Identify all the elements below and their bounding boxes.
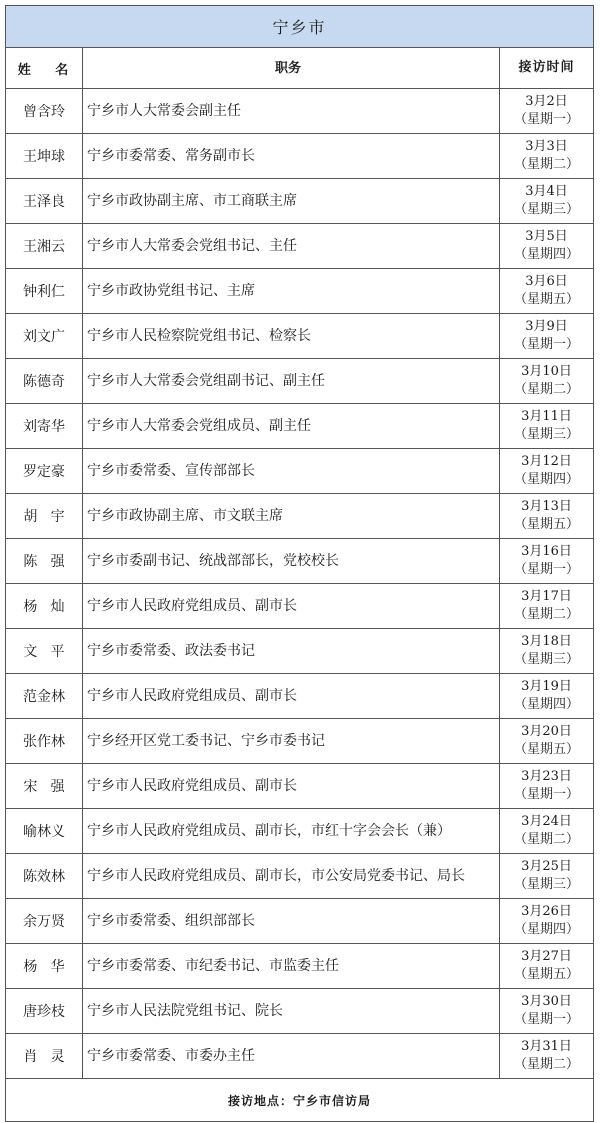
official-position: 宁乡经开区党工委书记、宁乡市委书记 — [83, 719, 500, 763]
official-position: 宁乡市人大常委会党组副书记、副主任 — [83, 359, 500, 403]
official-name: 王湘云 — [6, 224, 83, 268]
table-row: 罗定豪宁乡市委常委、宣传部部长3月12日（星期四） — [6, 449, 593, 494]
reception-date: 3月9日 — [525, 318, 568, 336]
official-name: 张作林 — [6, 719, 83, 763]
reception-time: 3月6日（星期五） — [500, 269, 593, 313]
reception-weekday: （星期一） — [514, 1011, 579, 1029]
reception-time: 3月5日（星期四） — [500, 224, 593, 268]
reception-weekday: （星期一） — [514, 336, 579, 354]
reception-time: 3月17日（星期二） — [500, 584, 593, 628]
table-row: 肖 灵宁乡市委常委、市委办主任3月31日（星期二） — [6, 1034, 593, 1079]
schedule-table: 宁乡市 姓 名 职务 接访时间 曾含玲宁乡市人大常委会副主任3月2日（星期一）王… — [5, 5, 594, 1122]
reception-weekday: （星期一） — [514, 561, 579, 579]
reception-time: 3月26日（星期四） — [500, 899, 593, 943]
column-header-time: 接访时间 — [500, 48, 593, 88]
table-row: 唐珍枝宁乡市人民法院党组书记、院长3月30日（星期一） — [6, 989, 593, 1034]
reception-date: 3月25日 — [521, 858, 572, 876]
official-name: 范金林 — [6, 674, 83, 718]
table-row: 陈效林宁乡市人民政府党组成员、副市长，市公安局党委书记、局长3月25日（星期三） — [6, 854, 593, 899]
official-position: 宁乡市政协副主席、市工商联主席 — [83, 179, 500, 223]
official-position: 宁乡市政协党组书记、主席 — [83, 269, 500, 313]
reception-time: 3月11日（星期三） — [500, 404, 593, 448]
table-row: 王湘云宁乡市人大常委会党组书记、主任3月5日（星期四） — [6, 224, 593, 269]
official-name: 文 平 — [6, 629, 83, 673]
reception-weekday: （星期二） — [514, 1056, 579, 1074]
reception-weekday: （星期三） — [514, 651, 579, 669]
reception-time: 3月19日（星期四） — [500, 674, 593, 718]
official-name: 唐珍枝 — [6, 989, 83, 1033]
official-name: 钟利仁 — [6, 269, 83, 313]
reception-time: 3月2日（星期一） — [500, 89, 593, 133]
reception-date: 3月6日 — [525, 273, 568, 291]
reception-weekday: （星期四） — [514, 921, 579, 939]
reception-weekday: （星期五） — [514, 966, 579, 984]
reception-time: 3月9日（星期一） — [500, 314, 593, 358]
official-name: 陈效林 — [6, 854, 83, 898]
reception-date: 3月17日 — [521, 588, 572, 606]
reception-weekday: （星期四） — [514, 471, 579, 489]
reception-time: 3月23日（星期一） — [500, 764, 593, 808]
reception-date: 3月5日 — [525, 228, 568, 246]
official-position: 宁乡市政协副主席、市文联主席 — [83, 494, 500, 538]
reception-time: 3月10日（星期二） — [500, 359, 593, 403]
official-name: 罗定豪 — [6, 449, 83, 493]
reception-weekday: （星期三） — [514, 876, 579, 894]
reception-time: 3月4日（星期三） — [500, 179, 593, 223]
reception-time: 3月16日（星期一） — [500, 539, 593, 583]
table-row: 范金林宁乡市人民政府党组成员、副市长3月19日（星期四） — [6, 674, 593, 719]
official-position: 宁乡市委常委、政法委书记 — [83, 629, 500, 673]
table-row: 宋 强宁乡市人民政府党组成员、副市长3月23日（星期一） — [6, 764, 593, 809]
reception-weekday: （星期二） — [514, 606, 579, 624]
official-name: 王坤球 — [6, 134, 83, 178]
reception-time: 3月25日（星期三） — [500, 854, 593, 898]
reception-date: 3月26日 — [521, 903, 572, 921]
reception-date: 3月10日 — [521, 363, 572, 381]
official-name: 陈德奇 — [6, 359, 83, 403]
reception-date: 3月31日 — [521, 1038, 572, 1056]
table-row: 杨 灿宁乡市人民政府党组成员、副市长3月17日（星期二） — [6, 584, 593, 629]
reception-weekday: （星期二） — [514, 831, 579, 849]
official-name: 宋 强 — [6, 764, 83, 808]
reception-weekday: （星期四） — [514, 246, 579, 264]
official-position: 宁乡市人民政府党组成员、副市长 — [83, 764, 500, 808]
reception-date: 3月13日 — [521, 498, 572, 516]
official-name: 肖 灵 — [6, 1034, 83, 1078]
official-name: 陈 强 — [6, 539, 83, 583]
table-title: 宁乡市 — [6, 6, 593, 48]
table-row: 刘寄华宁乡市人大常委会党组成员、副主任3月11日（星期三） — [6, 404, 593, 449]
reception-date: 3月30日 — [521, 993, 572, 1011]
reception-time: 3月12日（星期四） — [500, 449, 593, 493]
official-position: 宁乡市委副书记、统战部部长，党校校长 — [83, 539, 500, 583]
reception-date: 3月19日 — [521, 678, 572, 696]
reception-time: 3月3日（星期二） — [500, 134, 593, 178]
reception-date: 3月24日 — [521, 813, 572, 831]
table-row: 张作林宁乡经开区党工委书记、宁乡市委书记3月20日（星期五） — [6, 719, 593, 764]
reception-weekday: （星期一） — [514, 786, 579, 804]
reception-date: 3月2日 — [525, 93, 568, 111]
official-name: 刘寄华 — [6, 404, 83, 448]
official-position: 宁乡市人大常委会副主任 — [83, 89, 500, 133]
reception-time: 3月27日（星期五） — [500, 944, 593, 988]
table-row: 余万贤宁乡市委常委、组织部部长3月26日（星期四） — [6, 899, 593, 944]
official-position: 宁乡市人民法院党组书记、院长 — [83, 989, 500, 1033]
official-position: 宁乡市人大常委会党组成员、副主任 — [83, 404, 500, 448]
reception-date: 3月3日 — [525, 138, 568, 156]
official-position: 宁乡市人民政府党组成员、副市长，市公安局党委书记、局长 — [83, 854, 500, 898]
column-header-row: 姓 名 职务 接访时间 — [6, 48, 593, 89]
reception-date: 3月23日 — [521, 768, 572, 786]
official-position: 宁乡市人民政府党组成员、副市长 — [83, 584, 500, 628]
reception-date: 3月11日 — [521, 408, 572, 426]
column-header-position: 职务 — [83, 48, 500, 88]
official-position: 宁乡市人民政府党组成员、副市长 — [83, 674, 500, 718]
official-name: 刘文广 — [6, 314, 83, 358]
reception-date: 3月27日 — [521, 948, 572, 966]
reception-date: 3月4日 — [525, 183, 568, 201]
table-row: 刘文广宁乡市人民检察院党组书记、检察长3月9日（星期一） — [6, 314, 593, 359]
reception-weekday: （星期五） — [514, 741, 579, 759]
table-row: 王坤球宁乡市委常委、常务副市长3月3日（星期二） — [6, 134, 593, 179]
table-row: 王泽良宁乡市政协副主席、市工商联主席3月4日（星期三） — [6, 179, 593, 224]
reception-weekday: （星期二） — [514, 156, 579, 174]
reception-time: 3月13日（星期五） — [500, 494, 593, 538]
reception-time: 3月30日（星期一） — [500, 989, 593, 1033]
official-name: 喻林义 — [6, 809, 83, 853]
official-position: 宁乡市人民检察院党组书记、检察长 — [83, 314, 500, 358]
official-position: 宁乡市委常委、宣传部部长 — [83, 449, 500, 493]
reception-time: 3月20日（星期五） — [500, 719, 593, 763]
official-name: 杨 华 — [6, 944, 83, 988]
table-row: 文 平宁乡市委常委、政法委书记3月18日（星期三） — [6, 629, 593, 674]
table-row: 陈 强宁乡市委副书记、统战部部长，党校校长3月16日（星期一） — [6, 539, 593, 584]
reception-time: 3月31日（星期二） — [500, 1034, 593, 1078]
reception-weekday: （星期五） — [514, 291, 579, 309]
table-row: 陈德奇宁乡市人大常委会党组副书记、副主任3月10日（星期二） — [6, 359, 593, 404]
official-position: 宁乡市委常委、市委办主任 — [83, 1034, 500, 1078]
official-position: 宁乡市委常委、组织部部长 — [83, 899, 500, 943]
official-name: 胡 宇 — [6, 494, 83, 538]
table-row: 胡 宇宁乡市政协副主席、市文联主席3月13日（星期五） — [6, 494, 593, 539]
reception-date: 3月12日 — [521, 453, 572, 471]
official-position: 宁乡市人民政府党组成员、副市长，市红十字会会长（兼） — [83, 809, 500, 853]
official-name: 曾含玲 — [6, 89, 83, 133]
official-name: 余万贤 — [6, 899, 83, 943]
official-position: 宁乡市委常委、常务副市长 — [83, 134, 500, 178]
reception-date: 3月16日 — [521, 543, 572, 561]
reception-date: 3月20日 — [521, 723, 572, 741]
column-header-name: 姓 名 — [6, 48, 83, 88]
reception-time: 3月24日（星期二） — [500, 809, 593, 853]
reception-time: 3月18日（星期三） — [500, 629, 593, 673]
official-name: 杨 灿 — [6, 584, 83, 628]
official-position: 宁乡市委常委、市纪委书记、市监委主任 — [83, 944, 500, 988]
table-footer-location: 接访地点：宁乡市信访局 — [6, 1079, 593, 1121]
reception-weekday: （星期三） — [514, 201, 579, 219]
reception-weekday: （星期五） — [514, 516, 579, 534]
reception-date: 3月18日 — [521, 633, 572, 651]
reception-weekday: （星期四） — [514, 696, 579, 714]
table-row: 钟利仁宁乡市政协党组书记、主席3月6日（星期五） — [6, 269, 593, 314]
reception-weekday: （星期一） — [514, 111, 579, 129]
table-row: 杨 华宁乡市委常委、市纪委书记、市监委主任3月27日（星期五） — [6, 944, 593, 989]
official-position: 宁乡市人大常委会党组书记、主任 — [83, 224, 500, 268]
table-row: 喻林义宁乡市人民政府党组成员、副市长，市红十字会会长（兼）3月24日（星期二） — [6, 809, 593, 854]
official-name: 王泽良 — [6, 179, 83, 223]
reception-weekday: （星期三） — [514, 426, 579, 444]
table-row: 曾含玲宁乡市人大常委会副主任3月2日（星期一） — [6, 89, 593, 134]
reception-weekday: （星期二） — [514, 381, 579, 399]
